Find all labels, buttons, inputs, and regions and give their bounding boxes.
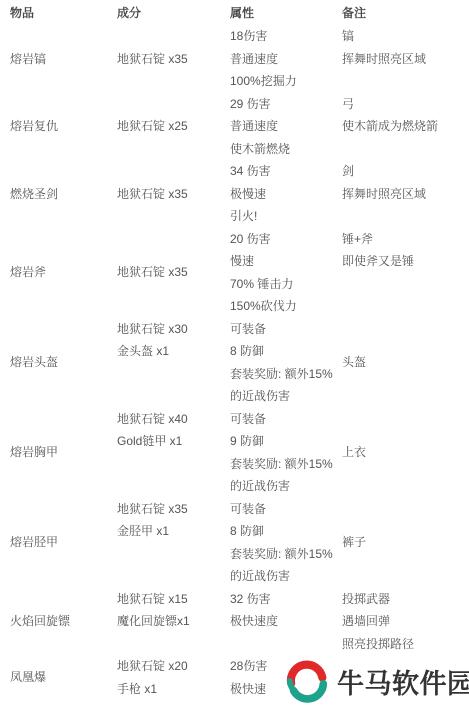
attribute-cell: 普通速度: [230, 48, 342, 71]
attribute-cell: 套装奖励: 额外15% 的近战伤害: [230, 453, 342, 498]
column-header-item: 物品: [0, 1, 117, 25]
table-row: 燃烧圣剑地狱石锭 x3534 伤害剑: [0, 160, 469, 183]
note-cell: 使木箭成为燃烧箭: [342, 115, 469, 138]
attribute-cell: 可装备: [230, 498, 342, 521]
watermark-red-arc: [291, 665, 322, 684]
attribute-cell: 慢速: [230, 250, 342, 273]
item-name-cell: 火焰回旋镖: [0, 588, 117, 656]
ingredient-cell: 地狱石锭 x35: [117, 160, 230, 228]
watermark-swirl-icon: [283, 657, 331, 705]
attribute-cell: 29 伤害: [230, 93, 342, 116]
attribute-cell: 9 防御: [230, 430, 342, 453]
attribute-cell: 100%挖掘力: [230, 70, 342, 93]
ingredient-cell: [117, 633, 230, 656]
ingredient-cell: 地狱石锭 x15: [117, 588, 230, 611]
attribute-cell: 8 防御: [230, 520, 342, 543]
item-name-cell: 熔岩镐: [0, 25, 117, 93]
note-cell: 弓: [342, 93, 469, 116]
ingredient-cell: 手枪 x1: [117, 678, 230, 701]
note-cell: [342, 273, 469, 296]
table-row: 熔岩胸甲地狱石锭 x40可装备上衣: [0, 408, 469, 431]
column-header-notes: 备注: [342, 1, 469, 25]
attribute-cell: [230, 633, 342, 656]
item-name-cell: 凤凰爆: [0, 655, 117, 700]
table-body: 熔岩镐地狱石锭 x3518伤害镐普通速度挥舞时照亮区域100%挖掘力熔岩复仇地狱…: [0, 25, 469, 700]
item-name-cell: 熔岩胫甲: [0, 498, 117, 588]
note-cell: 挥舞时照亮区域: [342, 183, 469, 206]
ingredient-cell: 金胫甲 x1: [117, 520, 230, 543]
watermark-teal-arc: [294, 684, 324, 699]
attribute-cell: 18伤害: [230, 25, 342, 48]
watermark-text: 牛马软件园: [337, 662, 469, 701]
ingredient-cell: 地狱石锭 x35: [117, 25, 230, 93]
note-cell: [342, 70, 469, 93]
table-header-row: 物品 成分 属性 备注: [0, 1, 469, 25]
note-cell: 投掷武器: [342, 588, 469, 611]
item-name-cell: 燃烧圣剑: [0, 160, 117, 228]
note-cell: 裤子: [342, 498, 469, 588]
attribute-cell: 150%砍伐力: [230, 295, 342, 318]
note-cell: 镐: [342, 25, 469, 48]
column-header-attributes: 属性: [230, 1, 342, 25]
attribute-cell: 8 防御: [230, 340, 342, 363]
note-cell: 遇墙回弹: [342, 610, 469, 633]
craft-table: 物品 成分 属性 备注 熔岩镐地狱石锭 x3518伤害镐普通速度挥舞时照亮区域1…: [0, 1, 469, 700]
ingredient-cell: 地狱石锭 x30: [117, 318, 230, 341]
table-row: 火焰回旋镖地狱石锭 x1532 伤害投掷武器: [0, 588, 469, 611]
table-row: 熔岩斧地狱石锭 x3520 伤害锤+斧: [0, 228, 469, 251]
attribute-cell: 可装备: [230, 408, 342, 431]
attribute-cell: 极快速度: [230, 610, 342, 633]
item-name-cell: 熔岩复仇: [0, 93, 117, 161]
item-name-cell: 熔岩头盔: [0, 318, 117, 408]
ingredient-cell: [117, 453, 230, 498]
note-cell: 剑: [342, 160, 469, 183]
note-cell: 即使斧又是锤: [342, 250, 469, 273]
table-row: 熔岩胫甲地狱石锭 x35可装备裤子: [0, 498, 469, 521]
note-cell: 头盔: [342, 318, 469, 408]
attribute-cell: 普通速度: [230, 115, 342, 138]
item-name-cell: 熔岩斧: [0, 228, 117, 318]
attribute-cell: 引火!: [230, 205, 342, 228]
attribute-cell: 使木箭燃烧: [230, 138, 342, 161]
attribute-cell: 可装备: [230, 318, 342, 341]
note-cell: 照亮投掷路径: [342, 633, 469, 656]
table-row: 熔岩复仇地狱石锭 x2529 伤害弓: [0, 93, 469, 116]
note-cell: 锤+斧: [342, 228, 469, 251]
ingredient-cell: Gold链甲 x1: [117, 430, 230, 453]
attribute-cell: 70% 锤击力: [230, 273, 342, 296]
attribute-cell: 极慢速: [230, 183, 342, 206]
note-cell: 上衣: [342, 408, 469, 498]
ingredient-cell: [117, 363, 230, 408]
ingredient-cell: 地狱石锭 x35: [117, 498, 230, 521]
ingredient-cell: 地狱石锭 x25: [117, 93, 230, 161]
note-cell: 挥舞时照亮区域: [342, 48, 469, 71]
ingredient-cell: 地狱石锭 x20: [117, 655, 230, 678]
column-header-ingredients: 成分: [117, 1, 230, 25]
attribute-cell: 套装奖励: 额外15% 的近战伤害: [230, 363, 342, 408]
attribute-cell: 34 伤害: [230, 160, 342, 183]
table-row: 熔岩头盔地狱石锭 x30可装备头盔: [0, 318, 469, 341]
table-row: 熔岩镐地狱石锭 x3518伤害镐: [0, 25, 469, 48]
item-name-cell: 熔岩胸甲: [0, 408, 117, 498]
note-cell: [342, 295, 469, 318]
ingredient-cell: [117, 543, 230, 588]
note-cell: [342, 138, 469, 161]
ingredient-cell: 魔化回旋镖x1: [117, 610, 230, 633]
table-header: 物品 成分 属性 备注: [0, 1, 469, 25]
ingredient-cell: 地狱石锭 x35: [117, 228, 230, 318]
ingredient-cell: 地狱石锭 x40: [117, 408, 230, 431]
watermark: 牛马软件园: [283, 653, 469, 709]
attribute-cell: 20 伤害: [230, 228, 342, 251]
note-cell: [342, 205, 469, 228]
attribute-cell: 套装奖励: 额外15% 的近战伤害: [230, 543, 342, 588]
ingredient-cell: 金头盔 x1: [117, 340, 230, 363]
attribute-cell: 32 伤害: [230, 588, 342, 611]
